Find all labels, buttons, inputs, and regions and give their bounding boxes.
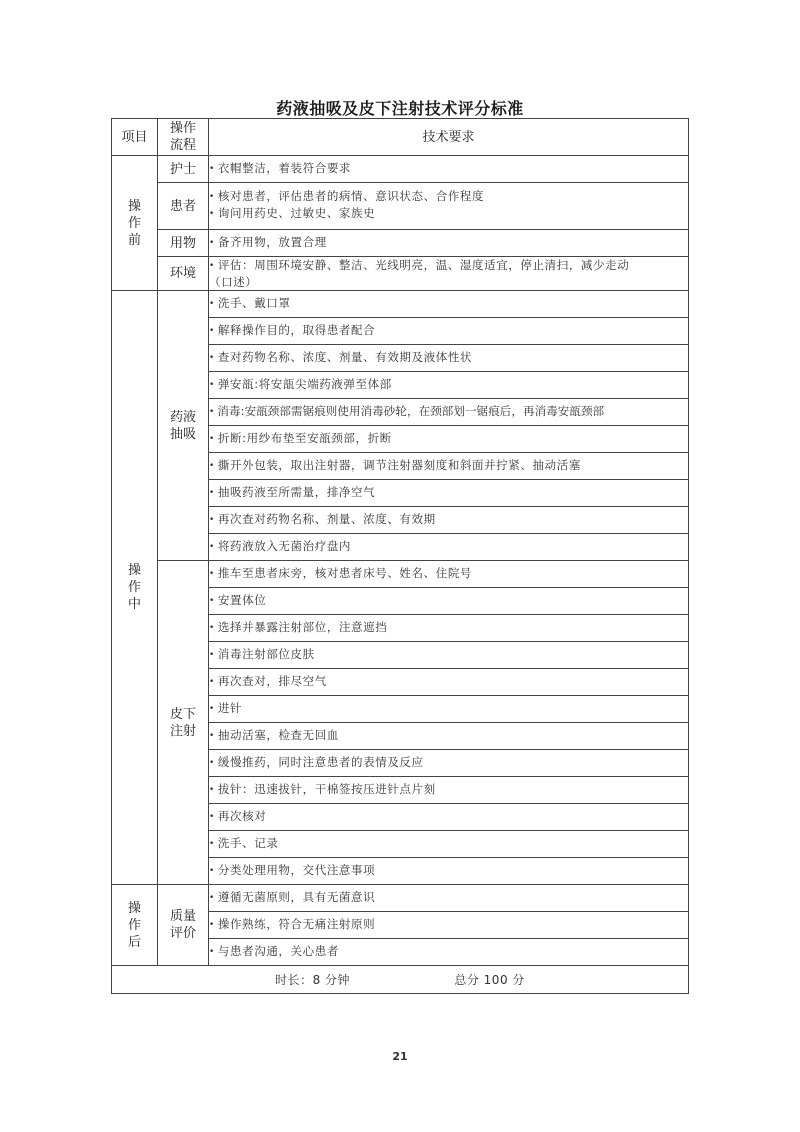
requirement-item: •进针	[209, 696, 689, 723]
requirement-item: •拔针：迅速拔针，干棉签按压进针点片刻	[209, 777, 689, 804]
requirement-item: •抽吸药液至所需量，排净空气	[209, 480, 689, 507]
requirement-item: •与患者沟通，关心患者	[209, 939, 689, 966]
category-after: 操 作 后	[112, 885, 158, 966]
table-footer-row: 时长：8 分钟 总分 100 分	[112, 966, 689, 994]
total-score-label: 总分 100 分	[454, 971, 525, 988]
requirement-item: •核对患者，评估患者的病情、意识状态、合作程度 •询问用药史、过敏史、家族史	[209, 183, 689, 230]
requirement-item: •撕开外包装，取出注射器，调节注射器刻度和斜面并拧紧、抽动活塞	[209, 453, 689, 480]
table-row: 用物 •备齐用物，放置合理	[112, 230, 689, 257]
requirement-item: •弹安瓿:将安瓿尖端药液弹至体部	[209, 372, 689, 399]
table-row: 患者 •核对患者，评估患者的病情、意识状态、合作程度 •询问用药史、过敏史、家族…	[112, 183, 689, 230]
document-title: 药液抽吸及皮下注射技术评分标准	[0, 96, 800, 119]
page-number: 21	[0, 1050, 800, 1063]
table-header-row: 项目 操作 流程 技术要求	[112, 119, 689, 156]
table-footer: 时长：8 分钟 总分 100 分	[112, 966, 689, 994]
category-before: 操 作 前	[112, 156, 158, 291]
subgroup-patient: 患者	[158, 183, 209, 230]
requirement-item: •遵循无菌原则，具有无菌意识	[209, 885, 689, 912]
requirement-item: •再次查对药物名称、剂量、浓度、有效期	[209, 507, 689, 534]
requirement-item: •衣帽整洁，着装符合要求	[209, 156, 689, 183]
requirement-item: •操作熟练，符合无痛注射原则	[209, 912, 689, 939]
subgroup-environment: 环境	[158, 257, 209, 291]
requirement-item: •抽动活塞，检查无回血	[209, 723, 689, 750]
requirement-item: •再次核对	[209, 804, 689, 831]
subgroup-supplies: 用物	[158, 230, 209, 257]
subgroup-quality-evaluation: 质量 评价	[158, 885, 209, 966]
requirement-item: •分类处理用物，交代注意事项	[209, 858, 689, 885]
requirement-item: •消毒注射部位皮肤	[209, 642, 689, 669]
subgroup-drug-aspiration: 药液 抽吸	[158, 291, 209, 561]
requirement-item: •洗手、戴口罩	[209, 291, 689, 318]
category-during: 操 作 中	[112, 291, 158, 885]
requirement-item: •推车至患者床旁，核对患者床号、姓名、住院号	[209, 561, 689, 588]
table-row: 操 作 中 药液 抽吸 •洗手、戴口罩	[112, 291, 689, 318]
table-row: 环境 •评估：周围环境安静、整洁、光线明亮，温、湿度适宜，停止清扫，减少走动 （…	[112, 257, 689, 291]
table-row: 皮下 注射 •推车至患者床旁，核对患者床号、姓名、住院号	[112, 561, 689, 588]
header-item: 项目	[112, 119, 158, 156]
requirement-item: •洗手、记录	[209, 831, 689, 858]
scoring-table: 项目 操作 流程 技术要求 操 作 前 护士 •衣帽整洁，着装符合要求 患者 •…	[111, 118, 689, 994]
table-row: 操 作 后 质量 评价 •遵循无菌原则，具有无菌意识	[112, 885, 689, 912]
requirement-item: •消毒:安瓿颈部需锯痕则使用消毒砂轮，在颈部划一锯痕后，再消毒安瓿颈部	[209, 399, 689, 426]
requirement-item: •选择并暴露注射部位，注意遮挡	[209, 615, 689, 642]
header-requirements: 技术要求	[209, 119, 689, 156]
subgroup-subcutaneous-injection: 皮下 注射	[158, 561, 209, 885]
duration-label: 时长：8 分钟	[275, 971, 350, 988]
requirement-item: •评估：周围环境安静、整洁、光线明亮，温、湿度适宜，停止清扫，减少走动 （口述）	[209, 257, 689, 291]
requirement-item: •查对药物名称、浓度、剂量、有效期及液体性状	[209, 345, 689, 372]
requirement-item: •将药液放入无菌治疗盘内	[209, 534, 689, 561]
requirement-item: •解释操作目的，取得患者配合	[209, 318, 689, 345]
subgroup-nurse: 护士	[158, 156, 209, 183]
requirement-item: •缓慢推药，同时注意患者的表情及反应	[209, 750, 689, 777]
table-row: 操 作 前 护士 •衣帽整洁，着装符合要求	[112, 156, 689, 183]
header-process: 操作 流程	[158, 119, 209, 156]
requirement-item: •折断:用纱布垫至安瓿颈部，折断	[209, 426, 689, 453]
requirement-item: •安置体位	[209, 588, 689, 615]
requirement-item: •再次查对，排尽空气	[209, 669, 689, 696]
requirement-item: •备齐用物，放置合理	[209, 230, 689, 257]
